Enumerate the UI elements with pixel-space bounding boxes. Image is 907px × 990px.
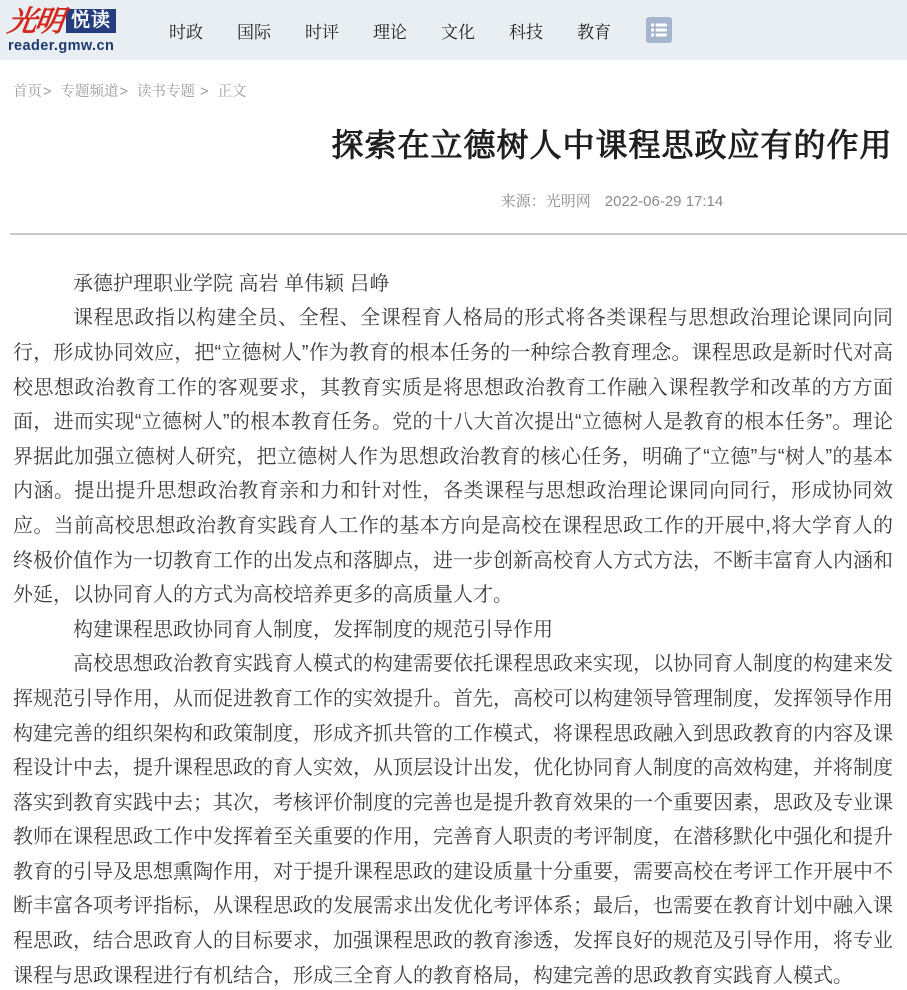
article-subheading: 构建课程思政协同育人制度，发挥制度的规范引导作用 — [13, 613, 893, 648]
publish-datetime: 2022-06-29 17:14 — [605, 193, 723, 210]
logo-domain-text: reader.gmw.cn — [8, 39, 148, 54]
article-meta: 来源：光明网2022-06-29 17:14 — [0, 190, 907, 211]
article-body: 承德护理职业学院 高岩 单伟颖 吕峥 课程思政指以构建全员、全程、全课程育人格局… — [13, 235, 893, 990]
nav-item-keji[interactable]: 科技 — [509, 18, 543, 43]
breadcrumb-current-page: 正文 — [218, 84, 247, 100]
breadcrumb-reading-special[interactable]: 读书专题 — [137, 84, 195, 100]
nav-item-wenhua[interactable]: 文化 — [441, 18, 475, 43]
nav-item-shizheng[interactable]: 时政 — [169, 18, 203, 43]
nav-item-guoji[interactable]: 国际 — [237, 18, 271, 43]
breadcrumb-separator: > — [200, 84, 208, 100]
breadcrumb-separator: > — [120, 84, 128, 100]
breadcrumb: 首页> 专题频道> 读书专题 > 正文 — [0, 60, 907, 101]
article-paragraph: 高校思想政治教育实践育人模式的构建需要依托课程思政来实现，以协同育人制度的构建来… — [13, 647, 893, 990]
nav-item-lilun[interactable]: 理论 — [373, 18, 407, 43]
nav-item-jiaoyu[interactable]: 教育 — [577, 18, 611, 43]
page-title: 探索在立德树人中课程思政应有的作用 — [0, 127, 907, 164]
source-site-link[interactable]: 光明网 — [546, 193, 591, 210]
nav-item-shiping[interactable]: 时评 — [305, 18, 339, 43]
article-header: 探索在立德树人中课程思政应有的作用 来源：光明网2022-06-29 17:14 — [0, 127, 907, 211]
logo-guangming-script: 光明 — [6, 7, 64, 36]
article-author-line: 承德护理职业学院 高岩 单伟颖 吕峥 — [13, 267, 893, 302]
breadcrumb-separator: > — [43, 84, 51, 100]
breadcrumb-special-channel[interactable]: 专题频道 — [61, 84, 119, 100]
site-header: 光明 悦读 reader.gmw.cn 时政 国际 时评 理论 文化 科技 教育 — [0, 0, 907, 60]
source-label: 来源： — [501, 193, 546, 210]
site-logo[interactable]: 光明 悦读 reader.gmw.cn — [8, 7, 148, 54]
logo-yuedu-badge: 悦读 — [66, 9, 116, 33]
breadcrumb-home[interactable]: 首页 — [13, 84, 42, 100]
article-paragraph: 课程思政指以构建全员、全程、全课程育人格局的形式将各类课程与思想政治理论课同向同… — [13, 301, 893, 612]
menu-list-icon[interactable] — [646, 17, 672, 43]
main-nav: 时政 国际 时评 理论 文化 科技 教育 — [152, 18, 628, 43]
